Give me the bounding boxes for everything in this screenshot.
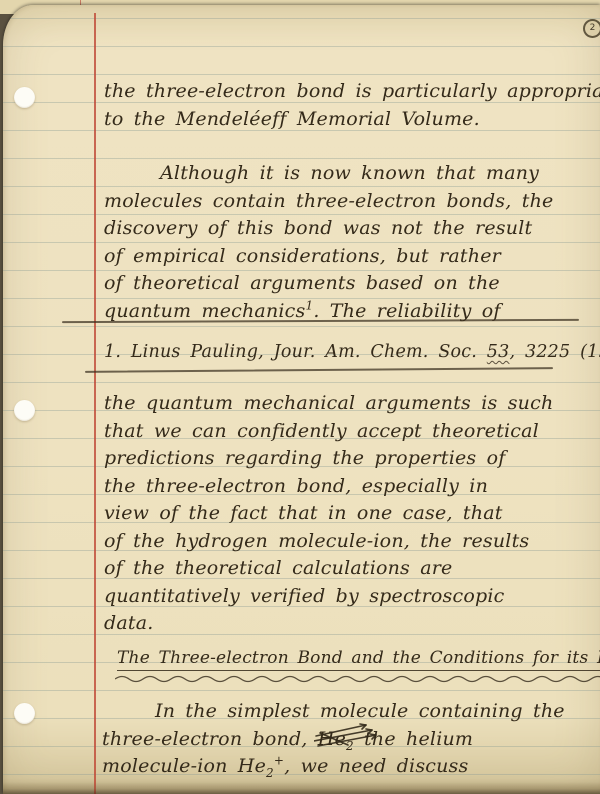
text-line: In the simplest molecule containing the	[102, 698, 565, 726]
citation-text: 1. Linus Pauling, Jour. Am. Chem. Soc.	[104, 342, 487, 362]
text-segment: the helium	[354, 728, 473, 750]
text-line: to the Mendeléeff Memorial Volume.	[104, 106, 600, 134]
text-line: quantitatively verified by spectroscopic	[104, 583, 553, 611]
text-line: molecule-ion He2+, we need discuss	[102, 753, 565, 781]
text-line: data.	[104, 610, 553, 638]
notebook-page: 2 the three-electron bond is particularl…	[3, 5, 600, 794]
text-line: of theoretical arguments based on the	[104, 270, 553, 298]
text-segment: three-electron bond,	[102, 728, 318, 750]
citation-text: , 3225 (1931)	[509, 342, 600, 362]
text-segment: . The reliability of	[313, 300, 500, 322]
footnote-citation: 1. Linus Pauling, Jour. Am. Chem. Soc. 5…	[104, 339, 600, 367]
text-segment: molecule-ion	[102, 755, 238, 777]
formula-subscript: 2	[266, 766, 274, 780]
page-bottom-edge-shadow	[3, 782, 600, 794]
struck-out-word: He2	[318, 726, 354, 754]
quantum-mechanics-phrase: quantum mechanics	[104, 300, 305, 322]
paragraph-reliability: the quantum mechanical arguments is such…	[104, 390, 553, 638]
punch-hole-bottom	[14, 703, 35, 724]
text-line: of the theoretical calculations are	[104, 555, 553, 583]
citation-volume: 53	[487, 342, 510, 362]
text-line: molecules contain three-electron bonds, …	[104, 188, 553, 216]
page-number-stamp: 2	[583, 19, 600, 38]
section-heading-text: The Three-electron Bond and the Conditio…	[117, 648, 600, 671]
struck-subscript: 2	[346, 738, 354, 752]
paragraph-helium: In the simplest molecule containing the …	[102, 698, 565, 781]
punch-hole-middle	[14, 400, 35, 421]
text-line: discovery of this bond was not the resul…	[104, 215, 553, 243]
paragraph-intro: the three-electron bond is particularly …	[104, 78, 600, 133]
text-line: predictions regarding the properties of	[104, 445, 553, 473]
section-heading: The Three-electron Bond and the Conditio…	[117, 645, 600, 673]
text-line: of the hydrogen molecule-ion, the result…	[104, 528, 553, 556]
text-line: Although it is now known that many	[104, 160, 553, 188]
heading-wavy-underline	[115, 674, 600, 684]
text-line: that we can confidently accept theoretic…	[104, 418, 553, 446]
text-line: the three-electron bond, especially in	[104, 473, 553, 501]
paragraph-discovery: Although it is now known that many molec…	[104, 160, 553, 325]
formula-superscript: +	[274, 754, 284, 768]
punch-hole-top	[14, 87, 35, 108]
text-line: the quantum mechanical arguments is such	[104, 390, 553, 418]
red-margin-line	[94, 13, 96, 794]
element-symbol: He	[238, 755, 266, 777]
struck-text: He	[318, 728, 346, 750]
text-line: view of the fact that in one case, that	[104, 500, 553, 528]
text-segment: , we need discuss	[284, 755, 468, 777]
helium-ion-formula: He2+	[238, 755, 284, 777]
text-line: the three-electron bond is particularly …	[104, 78, 600, 106]
text-line: three-electron bond, He2 the helium	[102, 726, 565, 754]
text-line: of empirical considerations, but rather	[104, 243, 553, 271]
